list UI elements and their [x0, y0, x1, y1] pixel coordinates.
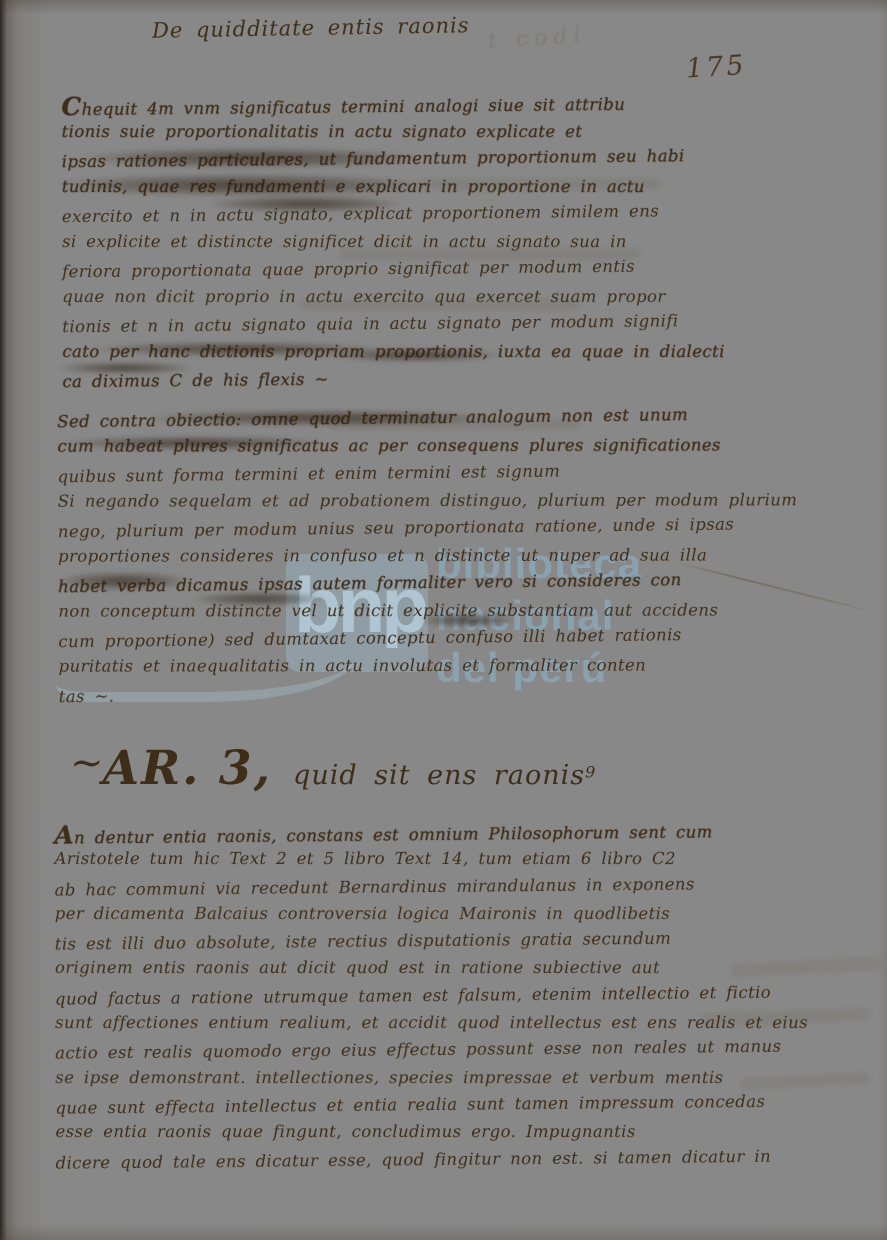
manuscript-line: esse entia raonis quae fingunt, concludi…: [55, 1118, 808, 1145]
heading-article-number: AR. 3,: [103, 741, 272, 796]
folio-number: 175: [685, 50, 748, 85]
ink-blot: [60, 362, 190, 374]
page-edge-shadow-right: [877, 0, 887, 1240]
manuscript-line: actio est realis quomodo ergo eius effec…: [55, 1033, 808, 1068]
manuscript-line: feriora proportionata quae proprio signi…: [62, 252, 725, 286]
ink-blot: [58, 572, 188, 590]
manuscript-line: tas ~.: [59, 675, 799, 711]
manuscript-line: tis est illi duo absolute, iste rectius …: [55, 924, 808, 959]
manuscript-line: per dicamenta Balcaius controversia logi…: [55, 900, 808, 927]
ink-blot: [210, 196, 400, 212]
manuscript-line: sunt affectiones entium realium, et acci…: [55, 1009, 808, 1036]
manuscript-line: quod factus a ratione utrumque tamen est…: [55, 978, 808, 1013]
manuscript-line: Aristotele tum hic Text 2 et 5 libro Tex…: [55, 845, 808, 872]
page-header-title: De quidditate entis raonis: [152, 13, 470, 43]
manuscript-line: quae sunt effecta intellectus et entia r…: [55, 1087, 808, 1122]
manuscript-line: dicere quod tale ens dicatur esse, quod …: [55, 1142, 808, 1177]
pencil-annotation: t codl: [487, 23, 587, 55]
heading-flourish-mark: 9: [585, 763, 595, 782]
page-edge-shadow-top: [0, 0, 887, 14]
manuscript-line: si explicite et distincte significet dic…: [62, 228, 724, 256]
manuscript-line: Chequit 4m vnm significatus termini anal…: [61, 87, 724, 121]
manuscript-paragraph-3: An dentur entia raonis, constans est omn…: [54, 817, 808, 1174]
heading-title: quid sit ens raonis: [293, 760, 585, 791]
manuscript-line: nego, plurium per modum unius seu propor…: [58, 510, 798, 546]
ink-blot: [65, 436, 325, 450]
ink-blot: [62, 174, 422, 196]
ink-blot: [150, 410, 490, 426]
manuscript-line: An dentur entia raonis, constans est omn…: [54, 814, 807, 849]
page-edge-shadow-bottom: [0, 1224, 887, 1240]
ink-blot: [85, 148, 415, 168]
ink-blot: [420, 614, 515, 627]
manuscript-line: tionis et n in actu signato quia in actu…: [62, 307, 725, 341]
binding-gutter-shadow: [0, 0, 48, 1240]
manuscript-scan-page: bnp biblioteca nacional del perú De quid…: [0, 0, 887, 1240]
manuscript-line: ab hac communi via recedunt Bernardinus …: [55, 869, 808, 904]
ink-blot: [330, 348, 500, 362]
manuscript-line: quae non dicit proprio in actu exercito …: [62, 282, 724, 310]
manuscript-line: tionis suie proportionalitatis in actu s…: [62, 118, 724, 146]
ink-blot: [195, 592, 325, 606]
section-heading: ~ AR. 3, quid sit ens raonis9: [70, 740, 595, 796]
manuscript-line: originem entis raonis aut dicit quod est…: [55, 954, 808, 981]
heading-ornament-flourish: ~: [70, 740, 98, 786]
manuscript-line: se ipse demonstrant. intellectiones, spe…: [55, 1064, 808, 1091]
manuscript-line: quibus sunt forma termini et enim termin…: [57, 455, 797, 491]
